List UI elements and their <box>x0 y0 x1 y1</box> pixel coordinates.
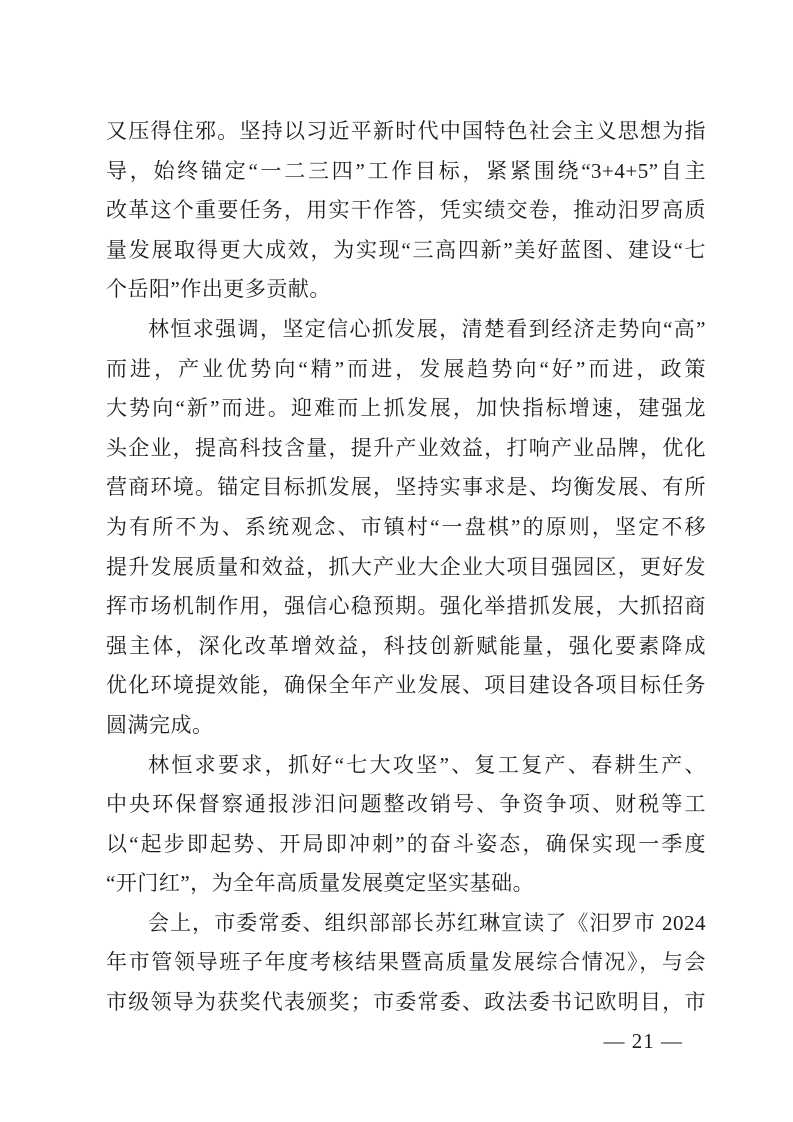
text-line: 个岳阳”作出更多贡献。 <box>106 270 706 310</box>
paragraph: 又压得住邪。坚持以习近平新时代中国特色社会主义思想为指导，始终锚定“一二三四”工… <box>106 112 706 310</box>
text-line: 挥市场机制作用，强信心稳预期。强化举措抓发展，大抓招商 <box>106 587 706 627</box>
text-line: 优化环境提效能，确保全年产业发展、项目建设各项目标任务 <box>106 666 706 706</box>
document-body: 又压得住邪。坚持以习近平新时代中国特色社会主义思想为指导，始终锚定“一二三四”工… <box>106 112 706 1023</box>
text-line: 圆满完成。 <box>106 706 706 746</box>
text-line: 营商环境。锚定目标抓发展，坚持实事求是、均衡发展、有所 <box>106 468 706 508</box>
text-line: 头企业，提高科技含量，提升产业效益，打响产业品牌，优化 <box>106 429 706 469</box>
text-line: 为有所不为、系统观念、市镇村“一盘棋”的原则，坚定不移 <box>106 508 706 548</box>
text-line: 改革这个重要任务，用实干作答，凭实绩交卷，推动汨罗高质 <box>106 191 706 231</box>
text-line: 又压得住邪。坚持以习近平新时代中国特色社会主义思想为指 <box>106 112 706 152</box>
text-line: 市级领导为获奖代表颁奖；市委常委、政法委书记欧明目，市 <box>106 983 706 1023</box>
page-number: — 21 — <box>604 1026 684 1056</box>
text-line: 而进，产业优势向“精”而进，发展趋势向“好”而进，政策 <box>106 350 706 390</box>
paragraph: 会上，市委常委、组织部部长苏红琳宣读了《汨罗市 2024年市管领导班子年度考核结… <box>106 904 706 1023</box>
text-line: 导，始终锚定“一二三四”工作目标，紧紧围绕“3+4+5”自主 <box>106 152 706 192</box>
text-line: 会上，市委常委、组织部部长苏红琳宣读了《汨罗市 2024 <box>106 904 706 944</box>
text-line: 强主体，深化改革增效益，科技创新赋能量，强化要素降成本， <box>106 627 706 667</box>
text-line: 量发展取得更大成效，为实现“三高四新”美好蓝图、建设“七 <box>106 231 706 271</box>
text-line: 中央环保督察通报涉汨问题整改销号、争资争项、财税等工作， <box>106 785 706 825</box>
text-line: 大势向“新”而进。迎难而上抓发展，加快指标增速，建强龙 <box>106 389 706 429</box>
text-line: 林恒求强调，坚定信心抓发展，清楚看到经济走势向“高” <box>106 310 706 350</box>
text-line: 林恒求要求，抓好“七大攻坚”、复工复产、春耕生产、 <box>106 746 706 786</box>
text-line: 年市管领导班子年度考核结果暨高质量发展综合情况》，与会 <box>106 943 706 983</box>
text-line: 提升发展质量和效益，抓大产业大企业大项目强园区，更好发 <box>106 548 706 588</box>
paragraph: 林恒求要求，抓好“七大攻坚”、复工复产、春耕生产、中央环保督察通报涉汨问题整改销… <box>106 746 706 904</box>
text-line: “开门红”，为全年高质量发展奠定坚实基础。 <box>106 864 706 904</box>
document-page: 又压得住邪。坚持以习近平新时代中国特色社会主义思想为指导，始终锚定“一二三四”工… <box>0 0 793 1122</box>
text-line: 以“起步即起势、开局即冲刺”的奋斗姿态，确保实现一季度 <box>106 825 706 865</box>
paragraph: 林恒求强调，坚定信心抓发展，清楚看到经济走势向“高”而进，产业优势向“精”而进，… <box>106 310 706 746</box>
